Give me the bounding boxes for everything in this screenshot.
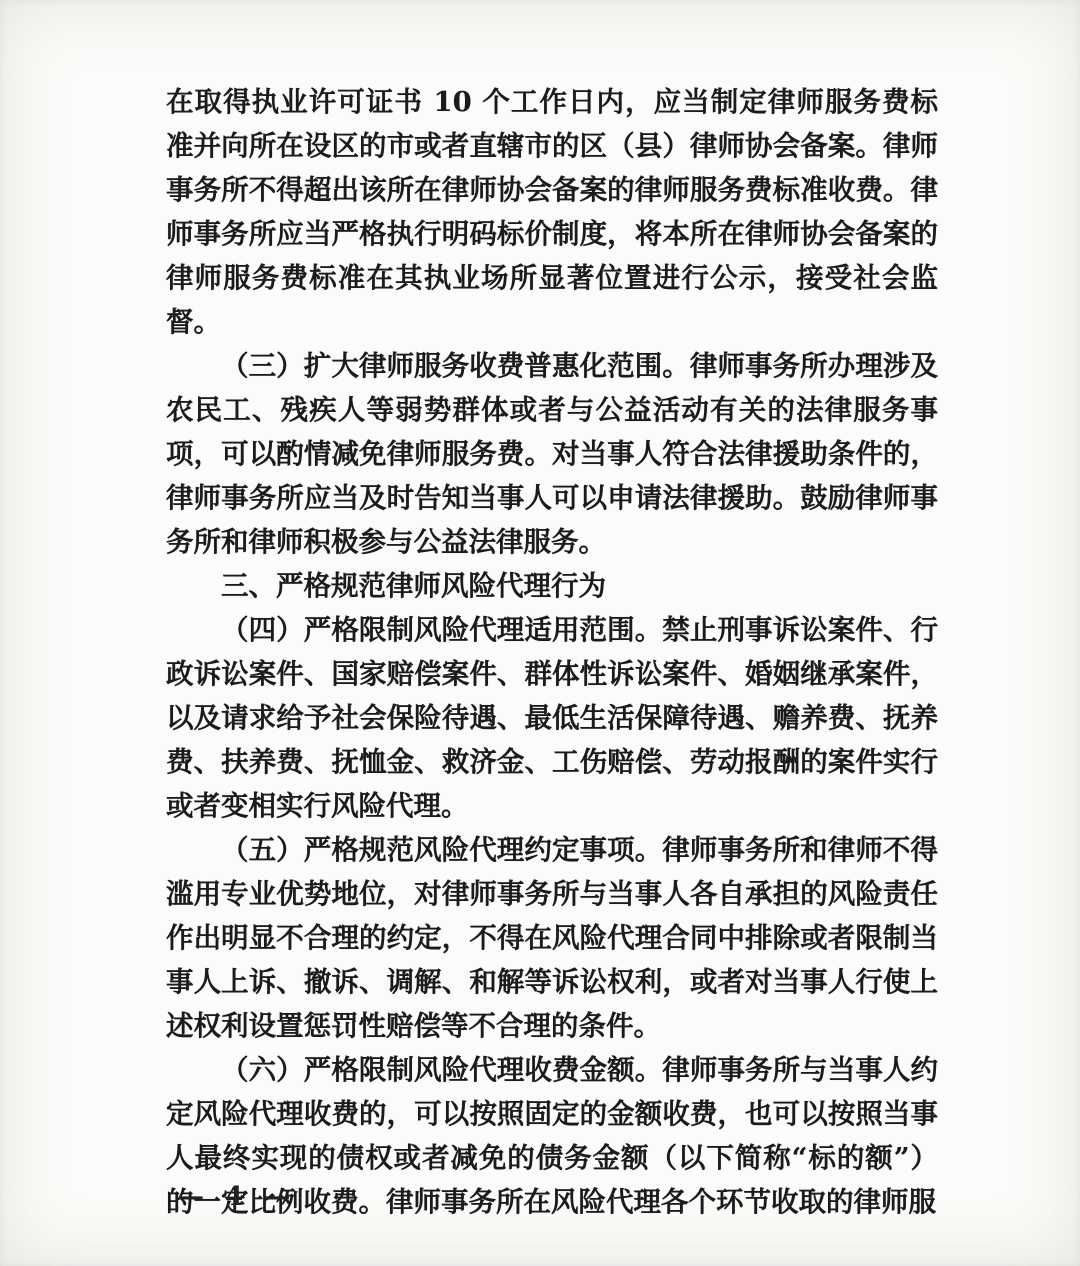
clause-5-title: （五）严格规范风险代理约定事项。 xyxy=(221,834,662,866)
section-heading-text: 三、严格规范律师风险代理行为 xyxy=(221,570,606,602)
document-body: 在取得执业许可证书 10 个工作日内，应当制定律师服务费标准并向所在设区的市或者… xyxy=(166,80,938,1224)
paragraph-item-3: （三）扩大律师服务收费普惠化范围。律师事务所办理涉及农民工、残疾人等弱势群体或者… xyxy=(166,344,938,564)
scanned-document-page: 在取得执业许可证书 10 个工作日内，应当制定律师服务费标准并向所在设区的市或者… xyxy=(0,0,1080,1266)
page-number: — 4 — xyxy=(178,1182,296,1212)
paragraph-item-5: （五）严格规范风险代理约定事项。律师事务所和律师不得滥用专业优势地位，对律师事务… xyxy=(166,828,938,1048)
clause-4-title: （四）严格限制风险代理适用范围。 xyxy=(221,614,662,646)
clause-6-title: （六）严格限制风险代理收费金额。 xyxy=(221,1054,662,1086)
section-heading-3: 三、严格规范律师风险代理行为 xyxy=(166,564,938,608)
paragraph-continuation: 在取得执业许可证书 10 个工作日内，应当制定律师服务费标准并向所在设区的市或者… xyxy=(166,80,938,344)
paragraph-text: 在取得执业许可证书 10 个工作日内，应当制定律师服务费标准并向所在设区的市或者… xyxy=(166,86,938,338)
clause-3-title: （三）扩大律师服务收费普惠化范围。 xyxy=(221,350,690,382)
paragraph-item-4: （四）严格限制风险代理适用范围。禁止刑事诉讼案件、行政诉讼案件、国家赔偿案件、群… xyxy=(166,608,938,828)
